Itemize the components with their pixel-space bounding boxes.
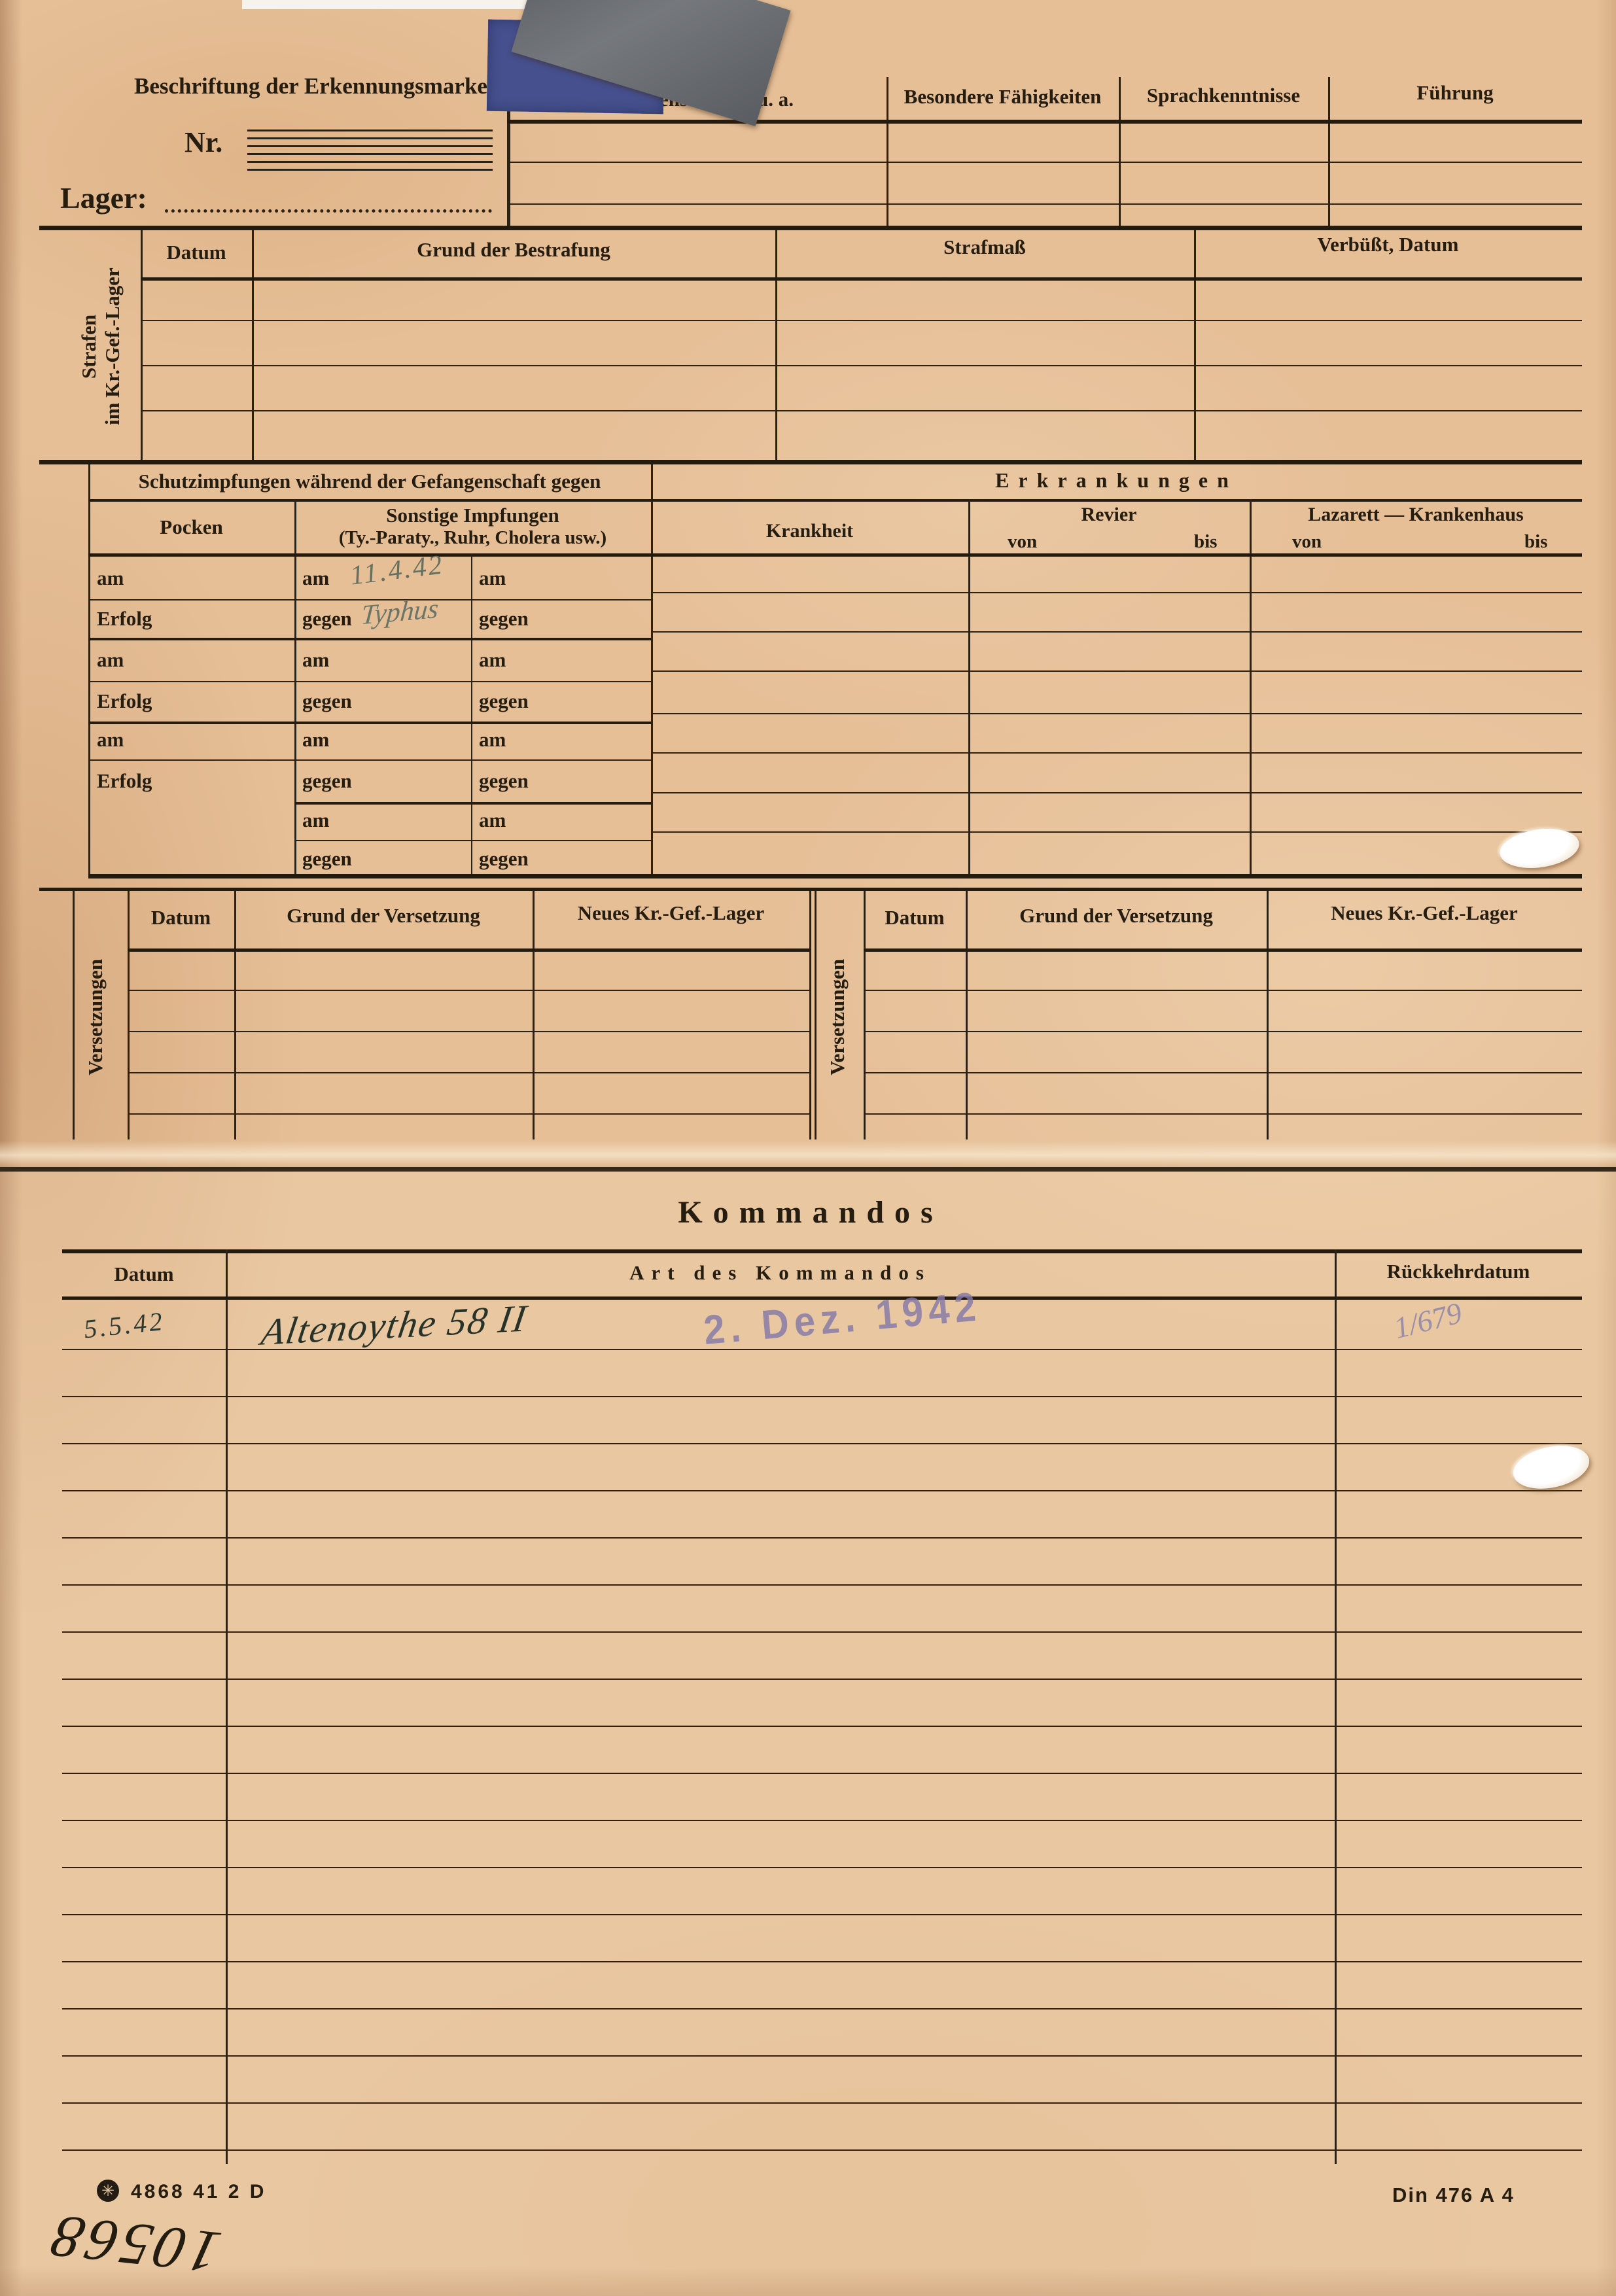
sonstige1-am-4: am (302, 809, 329, 832)
rule (1267, 891, 1269, 1139)
rule (88, 681, 651, 682)
versetzungen-left-col-datum: Datum (128, 906, 234, 930)
rule (88, 722, 651, 724)
rule (651, 670, 1582, 672)
rule (815, 891, 817, 1139)
lazarett-bis-label: bis (1524, 531, 1547, 553)
rule (128, 1031, 809, 1032)
rule (509, 162, 1582, 163)
rule (62, 2055, 1582, 2057)
rule (141, 410, 1582, 411)
pow-record-card-scan: Beschriftung der Erkennungsmarke Nr. Lag… (0, 0, 1616, 2296)
lager-entry-line (165, 178, 492, 213)
strafen-col-verbuesst: Verbüßt, Datum (1194, 233, 1582, 256)
strafen-col-strafmass: Strafmaß (775, 235, 1194, 259)
sonstige1-gegen-1: gegen (302, 607, 352, 631)
versetzungen-right-col-neues: Neues Kr.-Gef.-Lager (1267, 901, 1582, 925)
idmark-nr-label: Nr. (184, 126, 222, 159)
qualities-col-header-abilities: Besondere Fähigkeiten (887, 85, 1119, 109)
strafen-col-datum: Datum (141, 241, 252, 264)
print-code: 4868 41 2 D (131, 2181, 266, 2203)
kommandos-col-datum: Datum (62, 1262, 226, 1286)
rule (141, 277, 1582, 281)
printer-mark-icon: ✳ (97, 2180, 119, 2202)
rule (62, 1867, 1582, 1868)
rule (651, 631, 1582, 633)
erkrankungen-col-lazarett: Lazarett — Krankenhaus (1250, 504, 1582, 526)
rule (62, 1396, 1582, 1397)
rule (651, 592, 1582, 593)
versetzungen-right-col-grund: Grund der Versetzung (966, 904, 1267, 928)
rule (507, 120, 1582, 124)
versetzungen-side-label-left: Versetzungen (84, 909, 107, 1125)
rule (471, 553, 472, 875)
sonstige2-gegen-3: gegen (479, 769, 529, 793)
rule (88, 874, 1582, 878)
kommandos-col-art: Art des Kommandos (226, 1261, 1335, 1285)
rule (62, 1914, 1582, 1915)
rule (62, 1584, 1582, 1586)
rule (141, 230, 143, 461)
rule (864, 1072, 1582, 1073)
strafen-side-label: Strafen im Kr.-Gef.-Lager (77, 242, 124, 451)
rule (509, 203, 1582, 205)
sonstige1-am-3: am (302, 728, 329, 752)
rule (226, 1249, 228, 2164)
rule (62, 1349, 1582, 1350)
rule (141, 365, 1582, 366)
versetzungen-left-col-grund: Grund der Versetzung (234, 904, 533, 928)
sonstige1-gegen-2: gegen (302, 689, 352, 713)
pocken-am-3: am (97, 728, 124, 752)
rule (88, 499, 1582, 502)
sonstige2-am-4: am (479, 809, 506, 832)
rule (128, 948, 809, 952)
pocken-am-1: am (97, 566, 124, 590)
sonstige1-gegen-3: gegen (302, 769, 352, 793)
rule (864, 948, 1582, 952)
revier-von-label: von (1008, 531, 1037, 553)
lazarett-von-label: von (1292, 531, 1322, 553)
erkrankungen-col-krankheit: Krankheit (651, 520, 968, 542)
versetzungen-side-label-right: Versetzungen (826, 909, 849, 1125)
pocken-erfolg-2: Erfolg (97, 689, 152, 713)
rule (864, 990, 1582, 991)
rule (234, 891, 236, 1139)
rule (128, 1072, 809, 1073)
kommandos-title: Kommandos (39, 1194, 1582, 1230)
rule (775, 230, 777, 461)
rule (651, 713, 1582, 714)
rule (62, 2102, 1582, 2104)
rule (128, 1113, 809, 1115)
sonstige2-am-3: am (479, 728, 506, 752)
rule (864, 1031, 1582, 1032)
rule (294, 802, 651, 805)
erkrankungen-title: Erkrankungen (651, 468, 1582, 493)
rule (651, 831, 1582, 833)
din-format-label: Din 476 A 4 (1392, 2183, 1515, 2207)
rule (88, 759, 651, 761)
impfungen-col-sonstige-line2: (Ty.-Paraty., Ruhr, Cholera usw.) (294, 527, 651, 549)
rule (62, 1490, 1582, 1491)
rule (73, 891, 75, 1139)
sonstige2-am-1: am (479, 566, 506, 590)
erkrankungen-col-revier: Revier (968, 504, 1250, 526)
rule (62, 1773, 1582, 1774)
rule (88, 638, 651, 640)
sonstige1-am-2: am (302, 648, 329, 672)
rule (809, 891, 811, 1139)
pocken-erfolg-1: Erfolg (97, 607, 152, 631)
pocken-am-2: am (97, 648, 124, 672)
idmark-title: Beschriftung der Erkennungsmarke (134, 73, 487, 99)
sonstige2-gegen-2: gegen (479, 689, 529, 713)
qualities-col-header-conduct: Führung (1328, 81, 1582, 105)
revier-bis-label: bis (1194, 531, 1217, 553)
sonstige2-am-2: am (479, 648, 506, 672)
rule (128, 990, 809, 991)
rule (966, 891, 968, 1139)
card-edge-line (0, 1167, 1616, 1172)
sonstige2-gegen-4: gegen (479, 847, 529, 871)
impfungen-col-pocken: Pocken (88, 515, 294, 539)
fold-crease (0, 1141, 1616, 1167)
lager-label: Lager: (60, 181, 147, 215)
pocken-erfolg-3: Erfolg (97, 769, 152, 793)
rule (62, 1961, 1582, 1962)
rule (864, 1113, 1582, 1115)
rule (651, 792, 1582, 793)
rule (141, 320, 1582, 321)
sonstige2-gegen-1: gegen (479, 607, 529, 631)
impfungen-col-sonstige-line1: Sonstige Impfungen (294, 504, 651, 527)
strafen-col-grund: Grund der Bestrafung (252, 238, 775, 262)
rule (1194, 230, 1196, 461)
idmark-number-lines (247, 130, 493, 173)
rule (62, 2008, 1582, 2009)
kommandos-col-rueckkehr: Rückkehrdatum (1335, 1260, 1582, 1283)
rule (62, 1443, 1582, 1444)
rule (88, 553, 1582, 557)
rule (62, 1249, 1582, 1253)
sonstige1-am-1: am (302, 566, 329, 590)
versetzungen-left-col-neues: Neues Kr.-Gef.-Lager (533, 901, 809, 925)
rule (533, 891, 535, 1139)
rule (62, 1537, 1582, 1539)
handwritten-vaccination-against: Typhus (360, 593, 440, 632)
versetzungen-right-col-datum: Datum (864, 906, 966, 930)
rule (39, 226, 1582, 230)
rule (651, 752, 1582, 754)
rule (62, 1679, 1582, 1680)
rule (62, 1820, 1582, 1821)
sonstige1-gegen-4: gegen (302, 847, 352, 871)
rule (62, 2149, 1582, 2151)
rule (252, 230, 254, 461)
rule (39, 460, 1582, 464)
impfungen-title: Schutzimpfungen während der Gefangenscha… (88, 470, 651, 493)
rule (294, 840, 651, 841)
rule (62, 1726, 1582, 1727)
rule (62, 1631, 1582, 1633)
rule (1335, 1249, 1337, 2164)
qualities-col-header-languages: Sprachkenntnisse (1119, 84, 1328, 107)
